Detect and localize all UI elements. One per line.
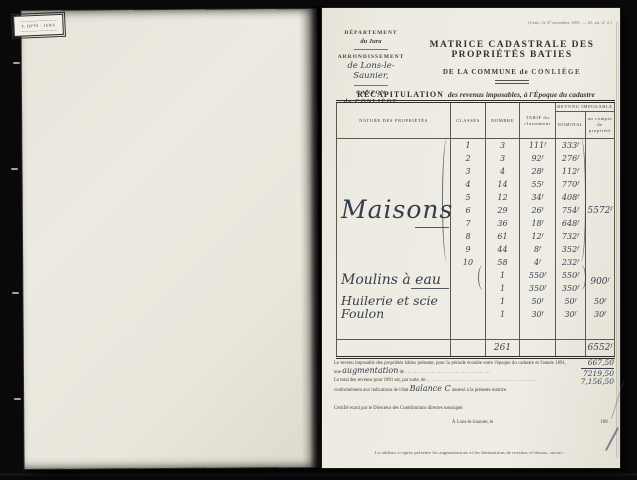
commune-prefix: DE LA COMMUNE de (443, 68, 529, 76)
spacer-cell (337, 321, 451, 340)
cell-revenu: 50ᶠ (556, 295, 586, 308)
cell-classe: 5 (451, 191, 486, 204)
huilerie-subtotal: 50ᶠ (586, 295, 615, 308)
cell-classe: 1 (451, 139, 486, 153)
cell-nombre: 1 (486, 308, 520, 321)
cell-nombre: 4 (486, 165, 520, 178)
spacer-cell (556, 321, 586, 340)
title-commune: DE LA COMMUNE de CONLIÈGE (410, 68, 614, 76)
summary-line-1: Le revenu imposable des propriétés bâtie… (334, 360, 566, 376)
right-page: (Cons., le 27 novembre 1891. — 61, art. … (322, 8, 620, 468)
cell-revenu-compte (586, 243, 615, 256)
col-revenu-nominal: NOMINAL (556, 112, 586, 139)
cell-tarif: 550ᶠ (520, 269, 556, 282)
spine-stitch (14, 398, 21, 400)
cell-tarif: 111ᶠ (520, 139, 556, 153)
cell-classe (451, 308, 486, 321)
total-row-label (337, 340, 451, 358)
summary-line3-text: conformément aux indications de l'état (334, 388, 408, 393)
cell-classe: 6 (451, 204, 486, 217)
brace-maisons-left (442, 138, 452, 262)
print-reference: (Cons., le 27 novembre 1891. — 61, art. … (470, 20, 612, 25)
col-nombre: NOMBRE (486, 102, 520, 139)
cell-revenu-compte (586, 178, 615, 191)
cell-nombre: 58 (486, 256, 520, 269)
cell-classe: 9 (451, 243, 486, 256)
scanner-bed-reflection (0, 473, 637, 476)
cell-tarif: 4ᶠ (520, 256, 556, 269)
summary-line1-handwritten: augmentation (342, 366, 398, 375)
recap-heading-caps: RÉCAPITULATION (357, 90, 444, 99)
summary-values: 667,50 7219,50 7,156,50 (581, 359, 614, 387)
cell-tarif: 350ᶠ (520, 282, 556, 295)
spine-stitch (12, 292, 19, 294)
total-classe (451, 340, 486, 358)
corrected-total-value: 7,156,50 (581, 378, 614, 387)
arrondissement-label: ARRONDISSEMENT (332, 54, 410, 60)
divider (354, 49, 388, 50)
cell-nombre: 1 (486, 269, 520, 282)
cell-classe (451, 295, 486, 308)
cell-tarif: 92ᶠ (520, 152, 556, 165)
cell-tarif: 8ᶠ (520, 243, 556, 256)
summary-line1-dots: de . . . . . . . . . . . . . . . . . . .… (400, 370, 491, 375)
arrondissement-value: de Lons-le-Saunier, (332, 61, 410, 81)
place-text: À Lons-le-Saunier, le (452, 420, 493, 425)
summary-line3-handwritten: Balance C (410, 384, 451, 393)
cell-tarif: 55ᶠ (520, 178, 556, 191)
left-page: ————·———— F. DPTS · JURA ————·———— (21, 9, 319, 469)
cell-nombre: 1 (486, 282, 520, 295)
total-tarif (520, 340, 556, 358)
total-revenu: 6552ᶠ (586, 340, 615, 358)
brace-maisons-right (576, 138, 586, 262)
summary-line2-text: Le total des revenus pour 1891 est, par … (334, 378, 536, 383)
cell-tarif: 18ᶠ (520, 217, 556, 230)
cell-tarif: 12ᶠ (520, 230, 556, 243)
col-classes: CLASSES (451, 102, 486, 139)
cell-revenu-compte (586, 191, 615, 204)
augmentation-value: 667,50 (581, 359, 614, 368)
spacer-cell (451, 321, 486, 340)
date-place-line: À Lons-le-Saunier, le 189 . (452, 420, 610, 425)
cell-nombre: 12 (486, 191, 520, 204)
cell-nombre: 36 (486, 217, 520, 230)
maisons-label: Maisons (341, 195, 453, 224)
cell-classe: 4 (451, 178, 486, 191)
year-blank: 189 . (600, 420, 610, 425)
col-revenu-compte: au compte de propriété (586, 112, 615, 139)
cell-revenu-compte (586, 217, 615, 230)
section-maisons: Maisons (337, 139, 451, 270)
page-edge (616, 22, 617, 458)
commune-name-stamp: CONLIÈGE (531, 68, 581, 76)
cell-revenu-compte (586, 152, 615, 165)
cell-revenu-compte (586, 165, 615, 178)
cell-revenu-compte (586, 230, 615, 243)
recap-table: NATURE DES PROPRIÉTÉS CLASSES NOMBRE TAR… (336, 100, 614, 359)
cell-classe: 3 (451, 165, 486, 178)
cell-tarif: 50ᶠ (520, 295, 556, 308)
col-revenu-group: REVENU IMPOSABLE (556, 102, 615, 112)
spine-stitch (11, 168, 18, 170)
summary-line-2: Le total des revenus pour 1891 est, par … (334, 377, 566, 384)
cell-tarif: 26ᶠ (520, 204, 556, 217)
spacer-cell (520, 321, 556, 340)
cell-classe: 2 (451, 152, 486, 165)
cell-revenu: 30ᶠ (556, 308, 586, 321)
total-revenu-nominal (556, 340, 586, 358)
cell-tarif: 30ᶠ (520, 308, 556, 321)
foulon-subtotal: 30ᶠ (586, 308, 615, 321)
col-nature: NATURE DES PROPRIÉTÉS (337, 102, 451, 139)
footnote: Le tableau ci-après présente les augment… (336, 450, 604, 455)
cell-nombre: 29 (486, 204, 520, 217)
total-nombre: 261 (486, 340, 520, 358)
departement-label: DÉPARTEMENT (332, 30, 410, 36)
certification-line: Certifié exact par le Directeur des Cont… (334, 406, 464, 411)
col-tarif: TARIF du classement (520, 102, 556, 139)
book-scan: ————·———— F. DPTS · JURA ————·———— (Cons… (0, 0, 637, 480)
cell-nombre: 3 (486, 152, 520, 165)
cell-classe: 8 (451, 230, 486, 243)
cell-nombre: 1 (486, 295, 520, 308)
spine-stitch (13, 62, 20, 64)
archive-stamp-line: ————·———— (17, 27, 61, 34)
foulon-label: Foulon (337, 306, 450, 321)
summary-paragraphs: Le revenu imposable des propriétés bâtie… (334, 360, 566, 395)
moulins-label: Moulins à eau (341, 272, 441, 288)
cell-tarif: 34ᶠ (520, 191, 556, 204)
departement-value: du Jura (332, 38, 410, 45)
section-foulon: Foulon (337, 308, 451, 321)
cell-nombre: 14 (486, 178, 520, 191)
cell-revenu-compte (586, 139, 615, 153)
maisons-subtotal: 5572ᶠ (586, 204, 615, 217)
spacer-cell (586, 321, 615, 340)
cell-classe: 7 (451, 217, 486, 230)
summary-line3-end: annexé à la présente matrice. (452, 388, 508, 393)
moulins-subtotal: 900ᶠ (586, 269, 615, 295)
flourish-underline (411, 288, 449, 289)
summary-line-3: conformément aux indications de l'état B… (334, 385, 566, 394)
cell-tarif: 28ᶠ (520, 165, 556, 178)
spacer-cell (486, 321, 520, 340)
archive-stamp: ————·———— F. DPTS · JURA ————·———— (13, 14, 64, 37)
title-main: MATRICE CADASTRALE DES PROPRIÉTÉS BATIES (410, 40, 614, 60)
page-title: MATRICE CADASTRALE DES PROPRIÉTÉS BATIES… (410, 40, 614, 84)
cell-nombre: 61 (486, 230, 520, 243)
section-moulins: Moulins à eau (337, 269, 451, 295)
recap-heading-rest: des revenus imposables, à l'Époque du ca… (448, 90, 595, 99)
cell-nombre: 44 (486, 243, 520, 256)
cell-revenu-compte (586, 256, 615, 269)
brace-moulins-left (478, 265, 488, 290)
cell-nombre: 3 (486, 139, 520, 153)
brace-moulins-right (576, 265, 586, 290)
